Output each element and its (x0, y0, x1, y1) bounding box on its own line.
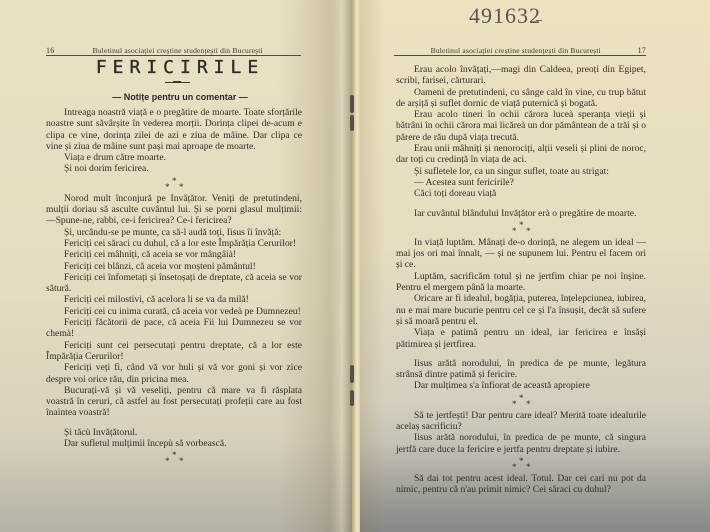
paragraph: Erau acolo învățați,—magi din Caldeea, p… (396, 64, 646, 87)
section-dinkus: *** (396, 455, 646, 473)
section-dinkus: *** (396, 219, 646, 237)
paragraph: Norod mult înconjură pe Invățător. Veniț… (46, 193, 302, 227)
running-head-title: Buletinul asociației creștine studențeșt… (394, 46, 638, 55)
section-dinkus: *** (396, 392, 646, 410)
article-title: FERICIRILE (80, 57, 280, 78)
paragraph: Să te jertfești! Dar pentru care ideal? … (396, 410, 646, 433)
left-page: 16 Buletinul asociației creștine studenț… (0, 0, 356, 532)
paragraph: Viața e drum către moarte. (46, 152, 302, 163)
section-dinkus: *** (46, 449, 302, 467)
paragraph: Oricare ar fi idealul, bogăția, puterea,… (396, 293, 646, 327)
page-number: 17 (638, 46, 646, 55)
paragraph: Și tăcù Invățătorul. (46, 427, 302, 438)
book-spread: 16 Buletinul asociației creștine studenț… (0, 0, 710, 532)
beatitude: Fericiți cei milostivi, că acelora li se… (46, 294, 302, 305)
binding-staple-bottom-2 (350, 390, 354, 406)
paragraph: — Acestea sunt fericirile? (396, 177, 646, 188)
paragraph: Dar mulțimea s'a înfiorat de această apr… (396, 380, 646, 391)
paragraph: Intreaga noastră viață e o pregătire de … (46, 107, 302, 152)
paragraph: Luptăm, sacrificăm totul și ne jertfim c… (396, 271, 646, 294)
beatitude: Fericiți cei înfometați și însetoșați de… (46, 272, 302, 295)
left-body: Intreaga noastră viață e o pregătire de … (46, 107, 302, 467)
paragraph: Erau unii mâhniți și nenorociți, alții v… (396, 143, 646, 166)
beatitude: Fericiți cei cu inima curată, că aceia v… (46, 306, 302, 317)
beatitude: Fericiți făcătorii de pace, că aceia Fii… (46, 317, 302, 340)
article-subtitle: — Notițe pentru un comentar — (80, 92, 280, 102)
section-dinkus: *** (46, 175, 302, 193)
paragraph: Să dai tot pentru acest ideal. Totul. Da… (396, 473, 646, 496)
archive-stamp-mark (536, 20, 542, 21)
paragraph: Și sufletele lor, ca un singur suflet, t… (396, 166, 646, 177)
paragraph: Căci toți doreau viață (396, 188, 646, 199)
right-body: Erau acolo învățați,—magi din Caldeea, p… (396, 64, 646, 496)
right-page: 491632 Buletinul asociației creștine stu… (356, 0, 710, 532)
paragraph: Erau acolo tineri în ochii cărora luceà … (396, 109, 646, 143)
beatitude: Fericiți cei săraci cu duhul, că a lor e… (46, 238, 302, 249)
running-head-right: Buletinul asociației creștine studențeșt… (394, 41, 646, 56)
paragraph: Și noi dorim fericirea. (46, 163, 302, 174)
binding-staple-bottom (350, 365, 354, 383)
running-head-left: 16 Buletinul asociației creștine studenț… (46, 41, 301, 56)
title-divider (165, 82, 190, 83)
paragraph: In viață luptăm. Mânați de-o dorință, ne… (396, 237, 646, 271)
paragraph: Iisus arătă norodului, în predica de pe … (396, 432, 646, 455)
beatitude: Fericiți cei blânzi, că aceia vor moșten… (46, 261, 302, 272)
paragraph: Dar sufletul mulțimii începù să vorbeasc… (46, 438, 302, 449)
page-number: 16 (46, 46, 54, 55)
paragraph: Iar cuvântul blândului Invățător erà o p… (396, 208, 646, 219)
paragraph: Viața e patimă pentru un ideal, iar feri… (396, 327, 646, 350)
beatitude: Fericiți cei mâhniți, că aceia se vor mâ… (46, 249, 302, 260)
archive-stamp-number: 491632 (469, 3, 541, 29)
book-gutter (352, 0, 360, 532)
beatitude: Fericiți veți fi, când vă vor huli și vă… (46, 362, 302, 385)
paragraph: Oameni de pretutindeni, cu sânge cald în… (396, 87, 646, 110)
binding-staple-top (350, 95, 354, 113)
beatitude: Fericiți sunt cei persecutați pentru dre… (46, 340, 302, 363)
paragraph: Și, urcându-se pe munte, ca să-l audă to… (46, 227, 302, 238)
running-head-title: Buletinul asociației creștine studențeșt… (54, 46, 301, 55)
binding-staple-top-2 (350, 115, 354, 131)
paragraph: Iisus arătă norodului, în predica de pe … (396, 358, 646, 381)
beatitude: Bucurați-vă și vă veseliți, pentru că ma… (46, 385, 302, 419)
page-edge-shadow (330, 0, 354, 532)
